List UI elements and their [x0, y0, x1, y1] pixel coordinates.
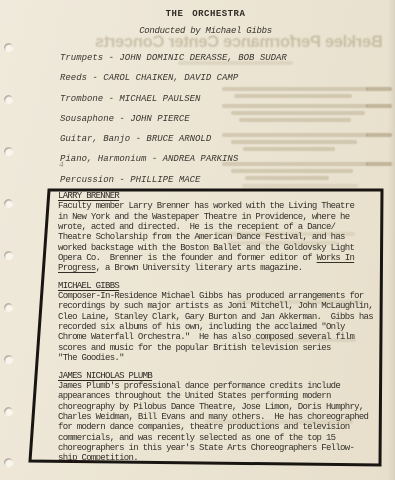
bio-brenner-magazine-title-part2: Progress [58, 263, 96, 273]
bio-gibbs: MICHAEL GIBBS Composer-In-Residence Mich… [58, 281, 381, 364]
bio-brenner-magazine-title-part1: Works In [317, 253, 355, 263]
roster-line-guitar: Guitar, Banjo - BRUCE ARNOLD [60, 129, 287, 149]
bio-name-plumb: JAMES NICHOLAS PLUMB [58, 371, 381, 381]
bio-text-brenner: Faculty member Larry Brenner has worked … [58, 201, 381, 273]
roster-line-sousaphone: Sousaphone - JOHN PIERCE [60, 109, 287, 129]
roster-line-piano: Piano, Harmonium - ANDREA PARKINS [60, 149, 287, 169]
binding-hole [4, 147, 13, 156]
binding-hole [4, 458, 13, 467]
bio-name-brenner: LARRY BRENNER [58, 191, 381, 201]
roster-line-percussion: Percussion - PHILLIPE MACE [60, 170, 287, 190]
binding-hole [4, 199, 13, 208]
binding-hole [4, 43, 13, 52]
roster-line-trombone: Trombone - MICHAEL PAULSEN [60, 89, 287, 109]
bio-name-gibbs: MICHAEL GIBBS [58, 281, 381, 291]
bio-box-content: LARRY BRENNER Faculty member Larry Brenn… [58, 191, 381, 464]
bio-brenner-text-part2: , a Brown University literary arts magaz… [96, 263, 303, 273]
bio-plumb: JAMES NICHOLAS PLUMB James Plumb's profe… [58, 371, 381, 464]
orchestra-roster: Trumpets - JOHN DOMINIC DERASSE, BOB SUD… [60, 48, 287, 190]
bio-brenner: LARRY BRENNER Faculty member Larry Brenn… [58, 191, 381, 274]
binding-hole [4, 95, 13, 104]
roster-line-reeds: Reeds - CAROL CHAIKEN, DAVID CAMP [60, 68, 287, 88]
stray-pencil-mark: 4 [59, 161, 64, 170]
page-title: THE ORCHESTRA [0, 9, 395, 19]
binding-hole [4, 251, 13, 260]
binding-hole [4, 303, 13, 312]
bio-text-gibbs: Composer-In-Residence Michael Gibbs has … [58, 291, 381, 363]
page-edge-shadow [388, 0, 395, 480]
bio-text-plumb: James Plumb's professional dance perform… [58, 381, 381, 464]
binding-hole [4, 355, 13, 364]
page-subtitle: Conducted by Michael Gibbs [0, 26, 395, 36]
scanned-program-page: Berklee Performance Center Concerts THE … [0, 0, 395, 480]
roster-line-trumpets: Trumpets - JOHN DOMINIC DERASSE, BOB SUD… [60, 48, 287, 68]
bio-brenner-text-part1: Faculty member Larry Brenner has worked … [58, 201, 354, 263]
binding-hole [4, 407, 13, 416]
